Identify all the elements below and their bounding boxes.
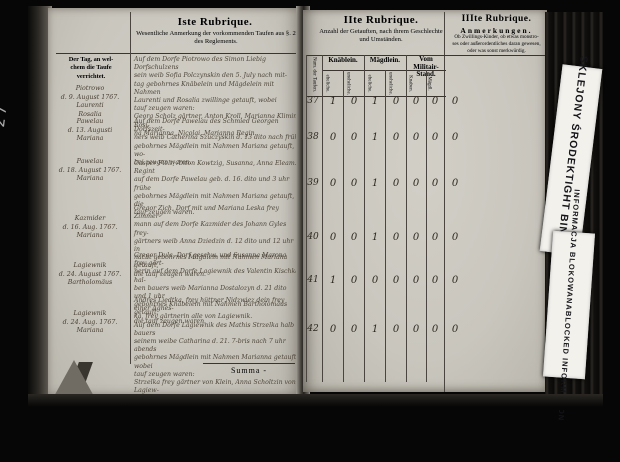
table-row: 39 0 0 1 0 0 0 0 [303,178,547,192]
cell: 0 [323,132,343,143]
subcol-maegdl: Mägdl. [427,70,432,98]
cell: 0 [344,178,364,189]
row-num: 41 [304,275,322,285]
subcol-uneheliche-2: uneheliche. [388,70,393,98]
rubric1-subtitle: Wesentliche Anmerkung der vorkommenden T… [132,30,300,46]
cell-anmerkung: 0 [445,324,465,335]
cell: 1 [323,96,343,107]
cell: 1 [323,275,343,286]
cell: 0 [344,324,364,335]
cell-anmerkung: 0 [445,96,465,107]
cell: 0 [386,132,406,143]
cell-anmerkung: 0 [445,178,465,189]
subcol-knaben: Knaben. [408,70,413,98]
cell: 1 [365,178,385,189]
date-column-header: Der Tag, an wel- chem die Taufe verricht… [52,56,130,81]
table-row: 37 1 0 1 0 0 0 0 [303,96,547,110]
cell: 1 [365,232,385,243]
cell: 0 [386,96,406,107]
cell-anmerkung: 0 [445,232,465,243]
cell: 1 [365,324,385,335]
cell: 0 [425,324,445,335]
rubric1-title: Iste Rubrique. [130,16,300,28]
entry-margin-note: Pawelau d. 13. Augusti Mariana [50,118,130,144]
cell: 0 [323,232,343,243]
cell: 0 [425,275,445,286]
summa-rule [203,363,295,364]
table-row: 40 0 0 1 0 0 0 0 [303,232,547,246]
group-header-maegdlein: Mägdlein. [364,57,406,65]
cell: 0 [386,178,406,189]
cell: 0 [406,275,426,286]
cell: 0 [344,132,364,143]
cell: 0 [344,96,364,107]
cell-anmerkung: 0 [445,132,465,143]
cell: 0 [344,275,364,286]
num-column-header: Num. der Taufen. [312,57,317,93]
archival-photo: 27 Iste Rubrique. Wesentliche Anmerkung … [0,0,620,462]
subcol-eheliche-1: eheliche. [325,70,330,98]
cell: 0 [406,132,426,143]
table-row: 38 0 0 1 0 0 0 0 [303,132,547,146]
entry-margin-note: Lagiewnik d. 24. August 1767. Bartholomä… [50,262,130,288]
subcol-uneheliche-1: uneheliche. [346,70,351,98]
book-bottom-shadow [28,394,603,410]
group-header-knaeblein: Knäblein. [322,57,364,65]
cell: 0 [425,96,445,107]
cell: 0 [365,275,385,286]
entry-body-text: Andres Liedtka, frey hüttner Nidzwiez de… [134,297,300,403]
row-num: 39 [304,178,322,188]
entry-margin-note: Pawelau d. 18. August 1767. Mariana [50,158,130,184]
cell: 0 [406,232,426,243]
cell: 0 [406,324,426,335]
row-num: 42 [304,324,322,334]
cell: 0 [323,178,343,189]
cell: 0 [323,324,343,335]
cell: 0 [425,132,445,143]
anmerkungen-note: Ob Zwillings-Kinder, ob etwas monstro- s… [447,34,546,54]
table-row: 41 1 0 0 0 0 0 0 [303,275,547,289]
row-num: 40 [304,232,322,242]
summa-label: Summa - [203,366,295,375]
cell: 0 [344,232,364,243]
header-rule [56,53,298,54]
entry-margin-note: Piotrowo d. 9. August 1767. Laurenti Ros… [50,85,130,119]
cell: 0 [425,178,445,189]
table-row: 42 0 0 1 0 0 0 0 [303,324,547,338]
cell: 0 [406,96,426,107]
entry-margin-note: Kazmider d. 16. Aug. 1767. Mariana [50,215,130,241]
cell-anmerkung: 0 [445,275,465,286]
date-column-rule [130,12,131,364]
entry-margin-note: Lagiewnik d. 24. Aug. 1767. Mariana [50,310,130,336]
tight-binding-label-line1: SKLEJONY ŚRODEK [563,55,589,175]
rubric2-subtitle: Anzahl der Getauften, nach ihrem Geschle… [316,28,446,44]
cell: 0 [386,324,406,335]
row-num: 38 [304,132,322,142]
cell: 0 [386,232,406,243]
cell: 0 [425,232,445,243]
rubric3-title: IIIte Rubrique. [448,14,545,24]
subcol-eheliche-2: eheliche. [367,70,372,98]
cell: 0 [406,178,426,189]
cell: 0 [386,275,406,286]
cell: 1 [365,96,385,107]
row-num: 37 [304,96,322,106]
cell: 1 [365,132,385,143]
rubric2-title: IIte Rubrique. [318,14,444,26]
